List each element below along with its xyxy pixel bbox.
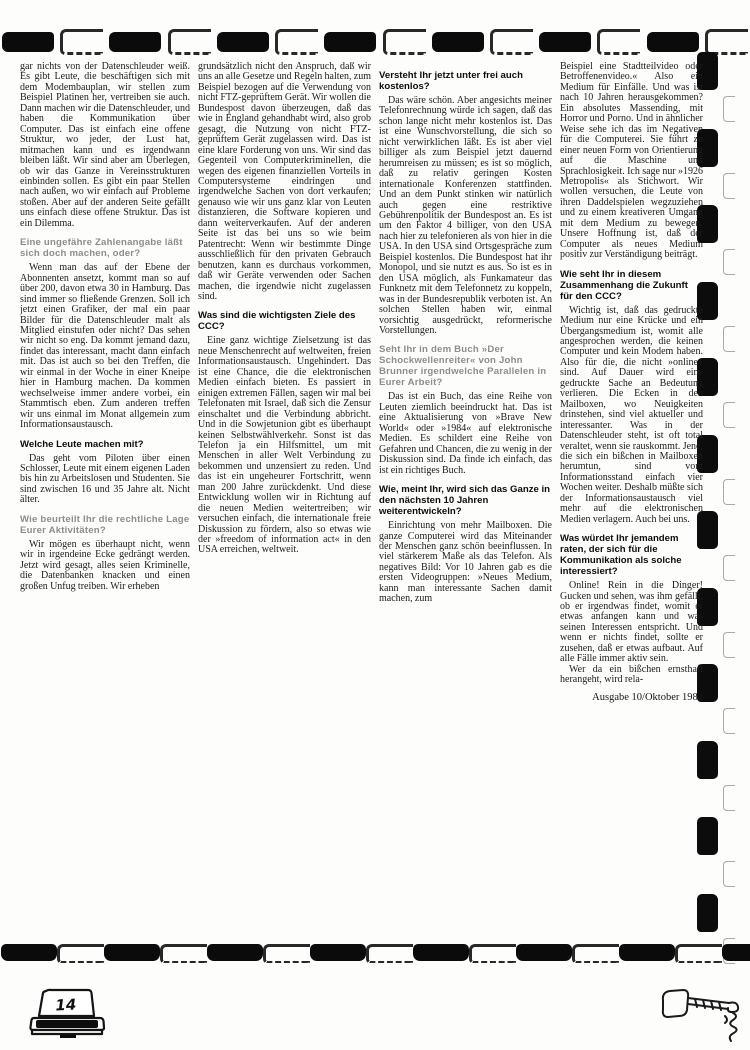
filmstrip-frame-solid: [2, 32, 54, 52]
interview-question-heading: Seht Ihr in dem Buch »Der Schockwellenre…: [379, 344, 552, 388]
interview-question-heading: Eine ungefähre Zahlenangabe läßt sich do…: [20, 237, 190, 259]
scanned-magazine-page: gar nichts von der Datenschleuder weiß. …: [0, 0, 750, 1050]
filmstrip-frame-solid: [1, 944, 57, 961]
filmstrip-frame-solid: [109, 32, 161, 52]
hand-doodle-icon: [655, 986, 750, 1048]
filmstrip-frame-outline: [572, 944, 619, 963]
interview-question-heading: Welche Leute machen mit?: [20, 439, 190, 450]
filmstrip-frame-solid: [207, 944, 263, 961]
filmstrip-frame-outline: [383, 29, 426, 55]
filmstrip-frame-solid: [516, 944, 572, 961]
filmstrip-frame-outline: [723, 402, 735, 428]
interview-question-heading: Versteht Ihr jetzt unter frei auch koste…: [379, 70, 552, 92]
filmstrip-frame-outline: [275, 29, 318, 55]
filmstrip-frame-solid: [722, 944, 750, 961]
filmstrip-frame-outline: [723, 173, 735, 199]
filmstrip-frame-outline: [57, 944, 104, 963]
paragraph: gar nichts von der Datenschleuder weiß. …: [20, 62, 190, 229]
paragraph: grundsätzlich nicht den Anspruch, daß wi…: [198, 62, 371, 302]
filmstrip-frame-outline: [60, 29, 103, 55]
page-number: 14: [55, 995, 77, 1014]
bottom-filmstrip-decoration: [0, 944, 750, 963]
filmstrip-frame-outline: [723, 326, 735, 352]
paragraph: Das ist ein Buch, das eine Reihe von Leu…: [379, 392, 552, 476]
paragraph: Eine ganz wichtige Zielsetzung ist das n…: [198, 336, 371, 556]
filmstrip-frame-outline: [723, 249, 735, 275]
filmstrip-frame-outline: [263, 944, 310, 963]
article-column: gar nichts von der Datenschleuder weiß. …: [20, 62, 190, 960]
filmstrip-frame-outline: [723, 555, 735, 581]
filmstrip-frame-outline: [490, 29, 533, 55]
filmstrip-frame-solid: [413, 944, 469, 961]
filmstrip-frame-outline: [597, 29, 640, 55]
filmstrip-frame-solid: [104, 944, 160, 961]
paragraph: Beispiel eine Stadtteilvideo oder Betrof…: [560, 62, 703, 261]
paragraph: Wir mögen es überhaupt nicht, wenn wir i…: [20, 540, 190, 592]
article-column: Beispiel eine Stadtteilvideo oder Betrof…: [560, 62, 703, 960]
filmstrip-frame-outline: [723, 479, 735, 505]
filmstrip-frame-solid: [324, 32, 376, 52]
filmstrip-frame-outline: [723, 861, 735, 887]
paragraph: Online! Rein in die Dinger! Gucken und s…: [560, 581, 703, 665]
filmstrip-frame-solid: [217, 32, 269, 52]
interview-question-heading: Wie seht Ihr in diesem Zusammenhang die …: [560, 269, 703, 302]
article-column: Versteht Ihr jetzt unter frei auch koste…: [379, 62, 552, 960]
page-number-computer-icon: 14: [22, 988, 114, 1044]
filmstrip-frame-solid: [619, 944, 675, 961]
paragraph: Das wäre schön. Aber angesichts meiner T…: [379, 96, 552, 336]
filmstrip-frame-solid: [432, 32, 484, 52]
interview-question-heading: Was würdet Ihr jemandem raten, der sich …: [560, 533, 703, 577]
paragraph: Wer da ein bißchen ernsthaft herangeht, …: [560, 665, 703, 686]
filmstrip-frame-outline: [723, 785, 735, 811]
paragraph: Einrichtung von mehr Mailboxen. Die ganz…: [379, 521, 552, 605]
filmstrip-frame-outline: [160, 944, 207, 963]
keyboard-keys: [36, 1020, 98, 1028]
filmstrip-frame-solid: [310, 944, 366, 961]
paragraph: Das geht vom Piloten über einen Schlosse…: [20, 454, 190, 506]
article-columns: gar nichts von der Datenschleuder weiß. …: [20, 62, 703, 960]
paragraph: Wichtig ist, daß das gedruckte Medium nu…: [560, 306, 703, 526]
filmstrip-frame-solid: [647, 32, 699, 52]
paragraph: Wenn man das auf der Ebene der Abonnente…: [20, 263, 190, 430]
issue-date: Ausgabe 10/Oktober 1984: [560, 692, 703, 704]
interview-question-heading: Wie beurteilt Ihr die rechtliche Lage Eu…: [20, 514, 190, 536]
filmstrip-frame-outline: [168, 29, 211, 55]
top-filmstrip-decoration: [0, 27, 750, 57]
filmstrip-frame-outline: [723, 96, 735, 122]
article-column: grundsätzlich nicht den Anspruch, daß wi…: [198, 62, 371, 960]
interview-question-heading: Wie, meint Ihr, wird sich das Ganze in d…: [379, 484, 552, 517]
filmstrip-frame-outline: [469, 944, 516, 963]
filmstrip-frame-outline: [366, 944, 413, 963]
interview-question-heading: Was sind die wichtigsten Ziele des CCC?: [198, 310, 371, 332]
filmstrip-frame-outline: [723, 632, 735, 658]
filmstrip-frame-solid: [539, 32, 591, 52]
filmstrip-frame-outline: [723, 708, 735, 734]
right-filmstrip-decoration: [697, 52, 743, 964]
filmstrip-frame-outline: [675, 944, 722, 963]
